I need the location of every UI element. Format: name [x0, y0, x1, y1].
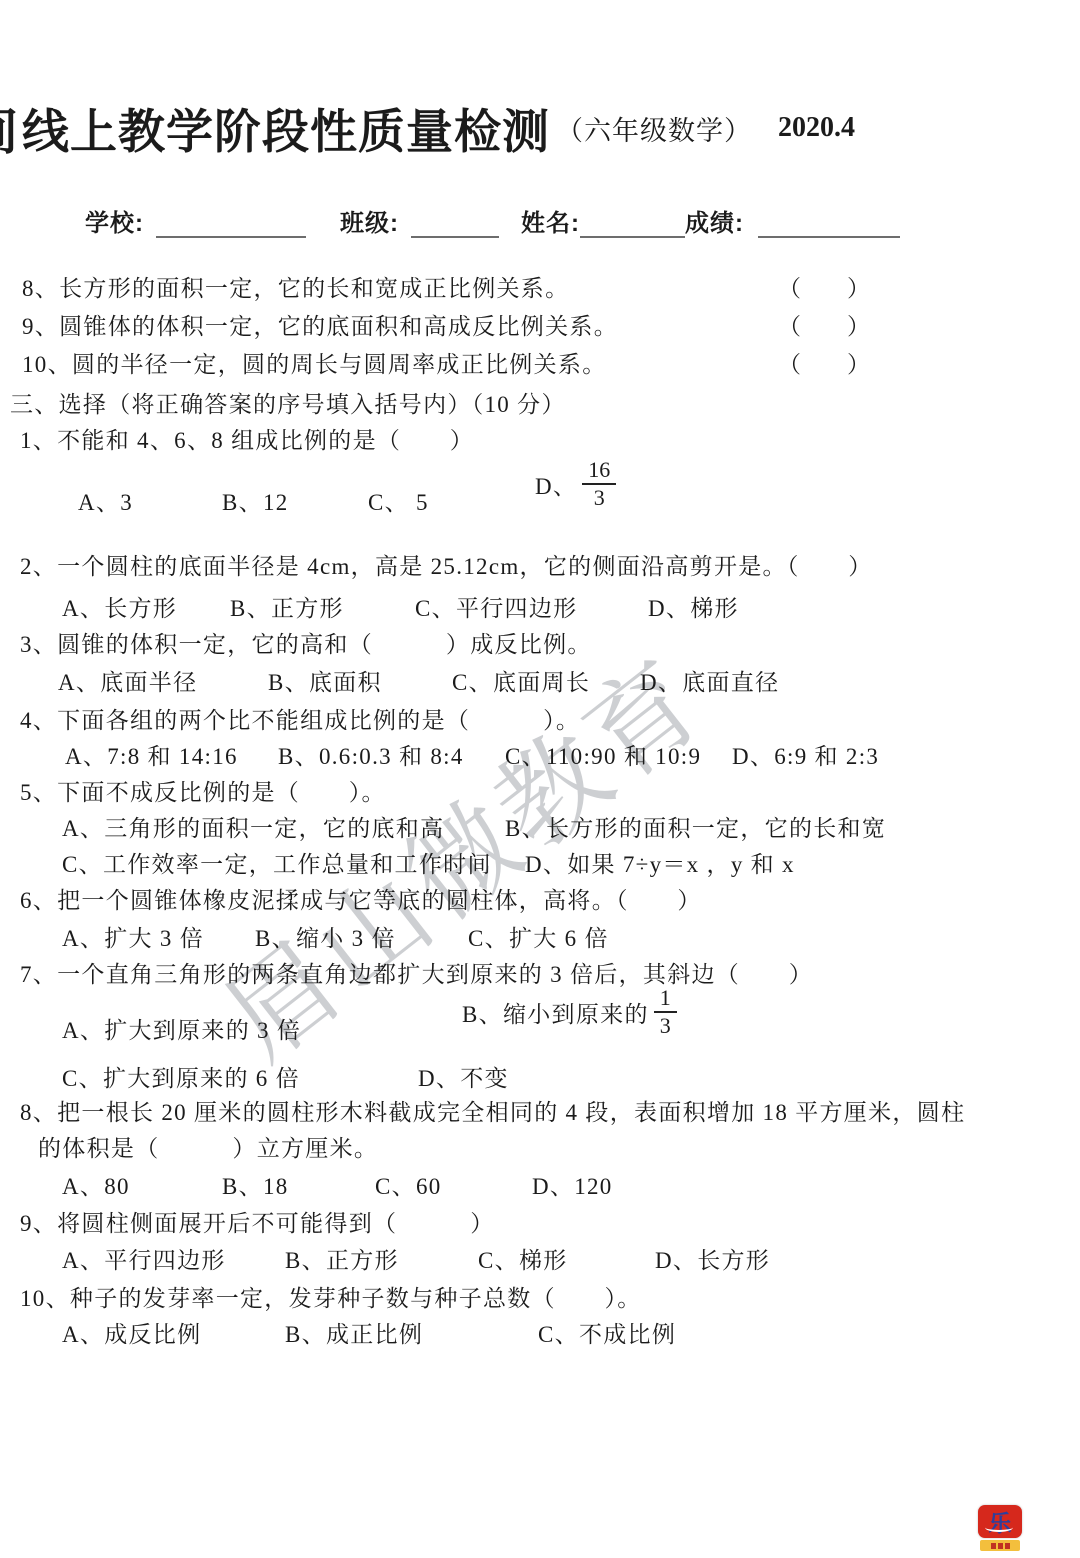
option: D、 16 3 — [535, 458, 616, 510]
fraction-denominator: 3 — [582, 485, 616, 510]
option: B、0.6:0.3 和 8:4 — [278, 738, 464, 771]
option: A、80 — [62, 1168, 130, 1201]
fraction: 16 3 — [582, 458, 616, 510]
title-partial-char: 间 — [0, 92, 22, 164]
judge-question: 10、圆的半径一定，圆的周长与圆周率成正比例关系。 — [22, 346, 607, 379]
option: B、长方形的面积一定，它的长和宽 — [505, 810, 886, 843]
choice-question: 8、把一根长 20 厘米的圆柱形木料截成完全相同的 4 段，表面积增加 18 平… — [20, 1094, 965, 1127]
option: C、工作效率一定，工作总量和工作时间 — [62, 846, 492, 879]
option-label: B、缩小到原来的 — [462, 996, 649, 1029]
score-label: 成绩: — [685, 203, 744, 238]
fraction: 1 3 — [654, 986, 677, 1038]
option: B、成正比例 — [285, 1316, 423, 1349]
answer-bracket: （ ） — [778, 308, 870, 341]
option: C、60 — [375, 1168, 442, 1201]
option: C、梯形 — [478, 1242, 568, 1275]
choice-question: 1、不能和 4、6、8 组成比例的是（ ） — [20, 422, 474, 455]
section-title: 三、选择（将正确答案的序号填入括号内）（10 分） — [10, 386, 566, 419]
fraction-numerator: 16 — [582, 458, 616, 485]
choice-question: 10、种子的发芽率一定，发芽种子数与种子总数（ ）。 — [20, 1280, 642, 1313]
class-label: 班级: — [340, 203, 399, 238]
option: A、扩大到原来的 3 倍 — [62, 1012, 301, 1045]
option: B、缩小到原来的 1 3 — [462, 986, 677, 1038]
school-label: 学校: — [85, 203, 144, 238]
option: B、正方形 — [285, 1242, 399, 1275]
option: A、三角形的面积一定，它的底和高 — [62, 810, 444, 843]
logo-banner — [980, 1540, 1020, 1551]
choice-question: 9、将圆柱侧面展开后不可能得到（ ） — [20, 1205, 495, 1238]
option: C、扩大到原来的 6 倍 — [62, 1060, 300, 1093]
choice-question: 3、圆锥的体积一定，它的高和（ ）成反比例。 — [20, 626, 592, 659]
option: C、 5 — [368, 484, 429, 517]
option: D、梯形 — [648, 590, 739, 623]
option: B、12 — [222, 484, 289, 517]
option: A、7:8 和 14:16 — [65, 738, 238, 771]
option: D、长方形 — [655, 1242, 770, 1275]
choice-question-line2: 的体积是（ ）立方厘米。 — [38, 1130, 378, 1163]
option: B、底面积 — [268, 664, 382, 697]
choice-question: 6、把一个圆锥体橡皮泥揉成与它等底的圆柱体，高将。（ ） — [20, 882, 702, 915]
option: A、平行四边形 — [62, 1242, 226, 1275]
option: D、120 — [532, 1168, 613, 1201]
logo-glyph: 乐 — [989, 1505, 1012, 1538]
name-label: 姓名: — [521, 203, 580, 238]
choice-question: 5、下面不成反比例的是（ ）。 — [20, 774, 386, 807]
fraction-numerator: 1 — [654, 986, 677, 1013]
exam-subtitle: （六年级数学） — [556, 109, 752, 148]
option: A、3 — [78, 484, 133, 517]
student-info-row: 学校: 班级: 姓名: 成绩: — [85, 203, 900, 238]
choice-question: 7、一个直角三角形的两条直角边都扩大到原来的 3 倍后，其斜边（ ） — [20, 956, 813, 989]
logo-swoosh-icon — [985, 1523, 1013, 1532]
school-blank — [156, 212, 306, 238]
exam-date: 2020.4 — [778, 112, 855, 144]
judge-question: 8、长方形的面积一定，它的长和宽成正比例关系。 — [22, 270, 569, 303]
option-label: D、 — [535, 468, 577, 501]
class-blank — [411, 212, 499, 238]
publisher-logo: 乐 — [976, 1505, 1024, 1551]
option: B、缩小 3 倍 — [255, 920, 396, 953]
option: D、不变 — [418, 1060, 509, 1093]
choice-question: 4、下面各组的两个比不能组成比例的是（ ）。 — [20, 702, 580, 735]
option: C、不成比例 — [538, 1316, 676, 1349]
option: C、110:90 和 10:9 — [505, 738, 701, 771]
option: C、底面周长 — [452, 664, 590, 697]
option: A、底面半径 — [58, 664, 197, 697]
option: A、长方形 — [62, 590, 177, 623]
judge-question: 9、圆锥体的体积一定，它的底面积和高成反比例关系。 — [22, 308, 618, 341]
answer-bracket: （ ） — [778, 346, 870, 379]
answer-bracket: （ ） — [778, 270, 870, 303]
option: A、扩大 3 倍 — [62, 920, 204, 953]
option: B、正方形 — [230, 590, 344, 623]
option: B、18 — [222, 1168, 289, 1201]
option: A、成反比例 — [62, 1316, 201, 1349]
exam-title: 线上教学阶段性质量检测 — [22, 95, 550, 162]
score-blank — [758, 212, 900, 238]
logo-icon: 乐 — [978, 1505, 1022, 1538]
option: D、6:9 和 2:3 — [732, 738, 879, 771]
option: C、平行四边形 — [415, 590, 577, 623]
option: C、扩大 6 倍 — [468, 920, 609, 953]
option: D、如果 7÷y＝x ，y 和 x — [525, 846, 795, 879]
option: D、底面直径 — [640, 664, 779, 697]
choice-question: 2、一个圆柱的底面半径是 4cm，高是 25.12cm，它的侧面沿高剪开是。（ … — [20, 548, 873, 581]
fraction-denominator: 3 — [654, 1013, 677, 1038]
exam-title-row: 间 线上教学阶段性质量检测 （六年级数学） 2020.4 — [0, 92, 855, 164]
name-blank — [580, 212, 685, 238]
